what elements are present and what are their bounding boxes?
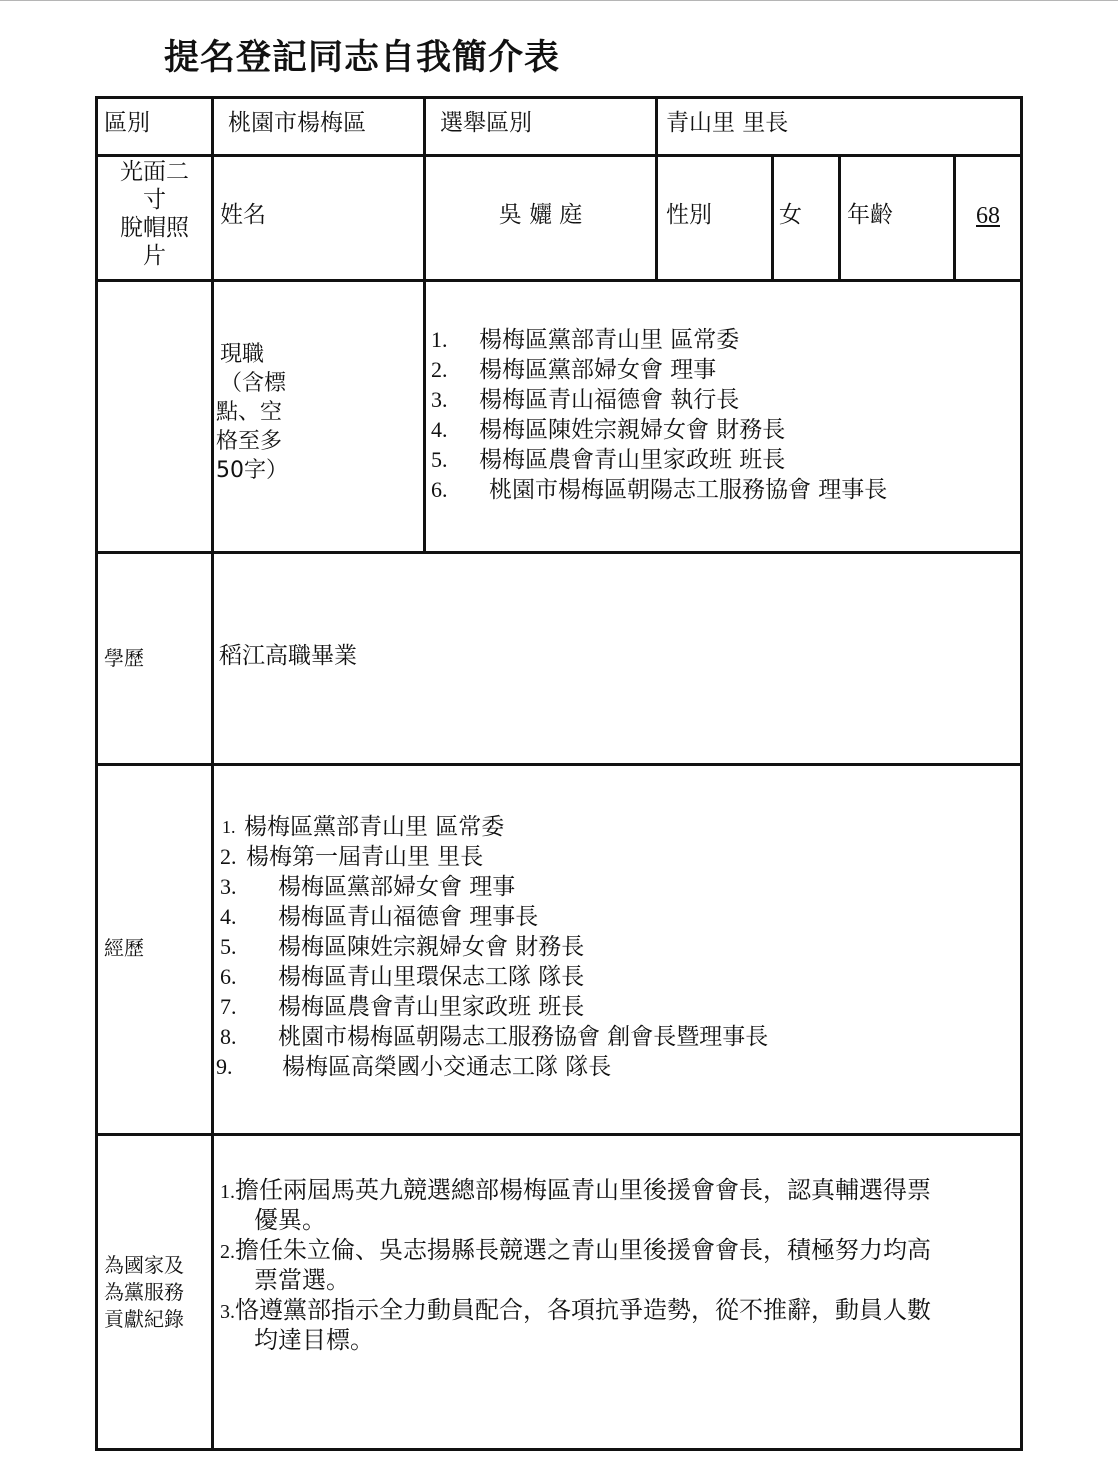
item-number: 5. (431, 445, 479, 475)
item-text: 桃園市楊梅區朝陽志工服務協會 理事長 (489, 475, 887, 505)
item-text: 楊梅區黨部青山里 區常委 (244, 812, 504, 842)
label-line: 為國家及 (104, 1252, 184, 1279)
item-text-continued: 均達目標。 (220, 1325, 931, 1355)
item-text: 擔任兩屆馬英九競選總部楊梅區青山里後援會會長，認真輔選得票 (235, 1176, 931, 1204)
item-text: 楊梅第一屆青山里 里長 (246, 842, 483, 872)
gender-value: 女 (779, 202, 802, 230)
item-text: 楊梅區青山福德會 理事長 (278, 902, 538, 932)
row-divider (95, 763, 1023, 766)
item-text: 擔任朱立倫、吳志揚縣長競選之青山里後援會會長，積極努力均高 (235, 1236, 931, 1264)
item-number: 3. (431, 385, 479, 415)
name-label: 姓名 (220, 202, 266, 230)
list-item: 1.擔任兩屆馬英九競選總部楊梅區青山里後援會會長，認真輔選得票 優異。 (220, 1175, 931, 1235)
item-number: 4. (216, 902, 278, 932)
label-line: （含標 (216, 369, 288, 398)
photo-placeholder-label: 光面二 寸 脫帽照 片 (98, 158, 211, 270)
contributions-list: 1.擔任兩屆馬英九競選總部楊梅區青山里後援會會長，認真輔選得票 優異。 2.擔任… (220, 1175, 931, 1355)
column-divider (838, 154, 841, 282)
item-number: 4. (431, 415, 479, 445)
column-divider (423, 96, 426, 554)
item-number: 1. (216, 812, 244, 842)
gender-label: 性別 (666, 202, 712, 230)
item-text: 楊梅區高榮國小交通志工隊 隊長 (282, 1052, 611, 1082)
item-number: 1. (220, 1181, 235, 1203)
item-text: 楊梅區黨部青山里 區常委 (479, 325, 739, 355)
item-number: 5. (216, 932, 278, 962)
item-text: 桃園市楊梅區朝陽志工服務協會 創會長暨理事長 (278, 1022, 768, 1052)
district-value: 桃園市楊梅區 (228, 110, 366, 138)
item-number: 3. (220, 1301, 235, 1323)
label-line: 點、空 (216, 398, 288, 427)
row-divider (95, 551, 1023, 554)
item-number: 6. (431, 475, 489, 505)
item-number: 7. (216, 992, 278, 1022)
page-top-edge (0, 0, 1118, 1)
item-text: 楊梅區黨部婦女會 理事 (278, 872, 515, 902)
label-line: 貢獻紀錄 (104, 1306, 184, 1333)
table-border-top (95, 96, 1023, 99)
item-text: 楊梅區農會青山里家政班 班長 (278, 992, 584, 1022)
item-text: 楊梅區青山福德會 執行長 (479, 385, 739, 415)
education-label: 學歷 (104, 646, 144, 670)
table-border-bottom (95, 1448, 1023, 1451)
photo-label-line: 光面二 (98, 158, 211, 186)
item-number: 2. (220, 1241, 235, 1263)
list-item: 2. 楊梅區黨部婦女會 理事 (431, 355, 887, 385)
list-item: 3. 楊梅區黨部婦女會 理事 (216, 872, 768, 902)
list-item: 6. 桃園市楊梅區朝陽志工服務協會 理事長 (431, 475, 887, 505)
item-text: 楊梅區陳姓宗親婦女會 財務長 (278, 932, 584, 962)
item-number: 1. (431, 325, 479, 355)
election-district-value: 青山里 里長 (666, 110, 788, 138)
list-item: 6. 楊梅區青山里環保志工隊 隊長 (216, 962, 768, 992)
list-item: 4. 楊梅區青山福德會 理事長 (216, 902, 768, 932)
table-border-left (95, 96, 98, 1451)
photo-label-line: 脫帽照 (98, 214, 211, 242)
list-item: 2.擔任朱立倫、吳志揚縣長競選之青山里後援會會長，積極努力均高 票當選。 (220, 1235, 931, 1295)
item-number: 6. (216, 962, 278, 992)
photo-label-line: 寸 (98, 186, 211, 214)
item-text: 楊梅區黨部婦女會 理事 (479, 355, 716, 385)
current-positions-list: 1. 楊梅區黨部青山里 區常委 2. 楊梅區黨部婦女會 理事 3. 楊梅區青山福… (431, 325, 887, 505)
list-item: 3. 楊梅區青山福德會 執行長 (431, 385, 887, 415)
item-text-continued: 優異。 (220, 1205, 931, 1235)
list-item: 5. 楊梅區陳姓宗親婦女會 財務長 (216, 932, 768, 962)
item-text: 恪遵黨部指示全力動員配合，各項抗爭造勢，從不推辭，動員人數 (235, 1296, 931, 1324)
name-value: 吳 孋 庭 (426, 202, 655, 230)
item-text: 楊梅區農會青山里家政班 班長 (479, 445, 785, 475)
label-line: 現職 (216, 340, 288, 369)
experience-label: 經歷 (104, 936, 144, 960)
contributions-label: 為國家及 為黨服務 貢獻紀錄 (104, 1252, 184, 1333)
district-label: 區別 (104, 110, 150, 138)
age-value: 68 (956, 202, 1020, 231)
row-divider (95, 1133, 1023, 1136)
item-number: 9. (216, 1052, 282, 1082)
experience-list: 1. 楊梅區黨部青山里 區常委 2. 楊梅第一屆青山里 里長 3. 楊梅區黨部婦… (216, 812, 768, 1082)
item-text: 楊梅區陳姓宗親婦女會 財務長 (479, 415, 785, 445)
list-item: 5. 楊梅區農會青山里家政班 班長 (431, 445, 887, 475)
list-item: 1. 楊梅區黨部青山里 區常委 (431, 325, 887, 355)
election-district-label: 選舉區別 (440, 110, 532, 138)
list-item: 3.恪遵黨部指示全力動員配合，各項抗爭造勢，從不推辭，動員人數 均達目標。 (220, 1295, 931, 1355)
list-item: 9. 楊梅區高榮國小交通志工隊 隊長 (216, 1052, 768, 1082)
row-divider (95, 154, 1023, 157)
photo-label-line: 片 (98, 242, 211, 270)
list-item: 7. 楊梅區農會青山里家政班 班長 (216, 992, 768, 1022)
age-label: 年齡 (847, 202, 893, 230)
label-line: 50字） (216, 456, 288, 485)
table-border-right (1020, 96, 1023, 1451)
list-item: 1. 楊梅區黨部青山里 區常委 (216, 812, 768, 842)
item-text-continued: 票當選。 (220, 1265, 931, 1295)
row-divider (95, 279, 1023, 282)
column-divider (771, 154, 774, 282)
document-title: 提名登記同志自我簡介表 (164, 30, 560, 80)
label-line: 格至多 (216, 427, 288, 456)
item-number: 8. (216, 1022, 278, 1052)
current-positions-label: 現職 （含標 點、空 格至多 50字） (216, 340, 288, 485)
column-divider (655, 96, 658, 282)
list-item: 4. 楊梅區陳姓宗親婦女會 財務長 (431, 415, 887, 445)
list-item: 2. 楊梅第一屆青山里 里長 (216, 842, 768, 872)
list-item: 8. 桃園市楊梅區朝陽志工服務協會 創會長暨理事長 (216, 1022, 768, 1052)
item-text: 楊梅區青山里環保志工隊 隊長 (278, 962, 584, 992)
column-divider (211, 96, 214, 1451)
label-line: 為黨服務 (104, 1279, 184, 1306)
item-number: 3. (216, 872, 278, 902)
item-number: 2. (216, 842, 246, 872)
education-value: 稻江高職畢業 (219, 643, 357, 671)
item-number: 2. (431, 355, 479, 385)
